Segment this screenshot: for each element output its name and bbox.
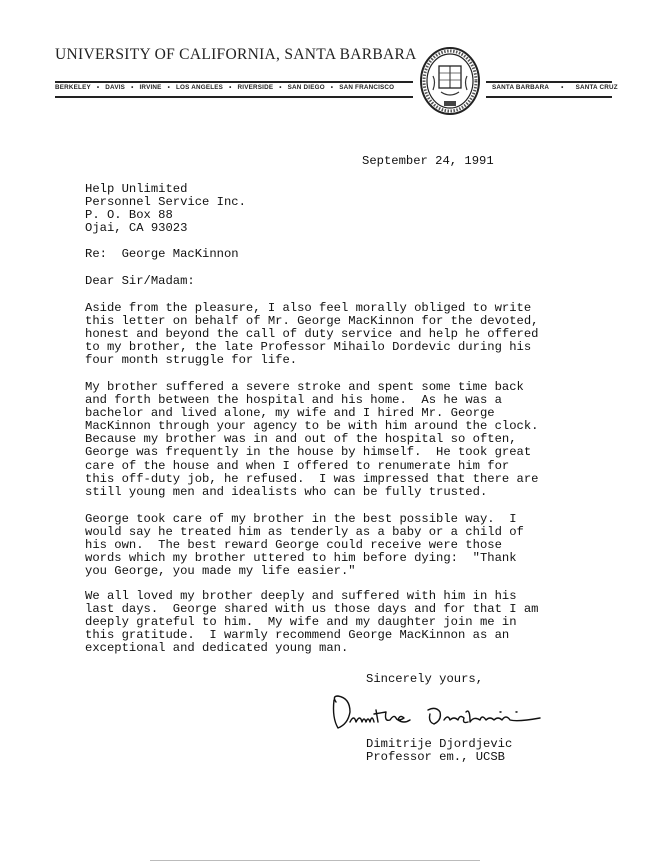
paragraph-line: care of the house and when I offered to … [85, 460, 538, 473]
campus-irvine: IRVINE [139, 84, 161, 91]
scan-edge-line [150, 860, 480, 861]
letterhead-rule-top-left [55, 81, 413, 83]
separator: • [97, 84, 99, 91]
campus-san-diego: SAN DIEGO [288, 84, 325, 91]
recipient-line: Ojai, CA 93023 [85, 222, 246, 235]
body-paragraph-2: My brother suffered a severe stroke and … [85, 381, 538, 499]
letterhead-rule-bottom-right [486, 96, 612, 98]
paragraph-line: exceptional and dedicated young man. [85, 642, 538, 655]
body-paragraph-1: Aside from the pleasure, I also feel mor… [85, 302, 538, 367]
subject-line: Re: George MacKinnon [85, 248, 239, 261]
campus-list-right: SANTA BARBARA • SANTA CRUZ [492, 84, 618, 91]
paragraph-line: this off-duty job, he refused. I was imp… [85, 473, 538, 486]
campus-san-francisco: SAN FRANCISCO [339, 84, 394, 91]
paragraph-line: George was frequently in the house by hi… [85, 446, 538, 459]
body-paragraph-3: George took care of my brother in the be… [85, 513, 524, 578]
salutation: Dear Sir/Madam: [85, 275, 195, 288]
closing: Sincerely yours, [366, 673, 483, 686]
campus-los-angeles: LOS ANGELES [176, 84, 223, 91]
handwritten-signature-icon [330, 688, 570, 738]
campus-berkeley: BERKELEY [55, 84, 91, 91]
paragraph-line: four month struggle for life. [85, 354, 538, 367]
paragraph-line: still young men and idealists who can be… [85, 486, 538, 499]
letter-page: UNIVERSITY OF CALIFORNIA, SANTA BARBARA … [0, 0, 668, 868]
campus-list-left: BERKELEY • DAVIS • IRVINE • LOS ANGELES … [55, 84, 394, 91]
separator: • [561, 84, 563, 91]
campus-riverside: RIVERSIDE [238, 84, 274, 91]
separator: • [131, 84, 133, 91]
letter-date: September 24, 1991 [362, 155, 494, 168]
letterhead-rule-top-right [486, 81, 612, 83]
campus-santa-cruz: SANTA CRUZ [576, 84, 618, 91]
university-seal-icon [419, 46, 481, 116]
campus-davis: DAVIS [105, 84, 125, 91]
campus-santa-barbara: SANTA BARBARA [492, 84, 549, 91]
separator: • [168, 84, 170, 91]
university-name: UNIVERSITY OF CALIFORNIA, SANTA BARBARA [55, 46, 417, 64]
recipient-address: Help UnlimitedPersonnel Service Inc.P. O… [85, 183, 246, 235]
letterhead-rule-bottom-left [55, 96, 413, 98]
separator: • [331, 84, 333, 91]
separator: • [229, 84, 231, 91]
paragraph-line: you George, you made my life easier." [85, 565, 524, 578]
signer-title: Professor em., UCSB [366, 751, 505, 764]
body-paragraph-4: We all loved my brother deeply and suffe… [85, 590, 538, 655]
separator: • [279, 84, 281, 91]
